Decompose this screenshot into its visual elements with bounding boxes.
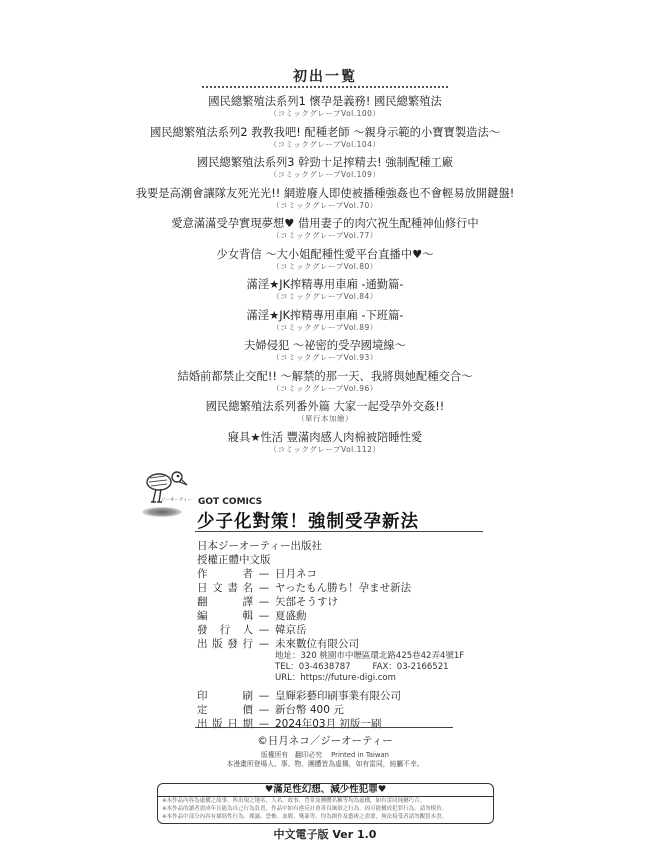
colophon-value: 皇輝彩藝印刷事業有限公司 bbox=[275, 689, 401, 703]
colophon-key: 編輯 bbox=[197, 609, 253, 623]
publisher-line: 日本ジーオーティー出版社 bbox=[197, 539, 464, 553]
dash: — bbox=[253, 567, 275, 581]
copyright: ©日月ネコ／ジーオーティー bbox=[0, 733, 650, 748]
colophon: 日本ジーオーティー出版社 授權正體中文版 作者—日月ネコ日文書名—ヤったもん勝ち… bbox=[197, 539, 464, 731]
colophon-row: 編輯—夏盛勳 bbox=[197, 609, 464, 623]
work-source: （コミックグレープVol.80） bbox=[0, 262, 650, 272]
colophon-value: 夏盛勳 bbox=[275, 609, 307, 623]
list-item: 愛意滿滿受孕實現夢想♥ 借用妻子的肉穴祝生配種神仙修行中（コミックグレープVol… bbox=[0, 216, 650, 247]
colophon-key: 定價 bbox=[197, 703, 253, 717]
license-line: 授權正體中文版 bbox=[197, 553, 464, 567]
version-label: 中文電子版 Ver 1.0 bbox=[0, 826, 650, 842]
first-appearances-title: 初出一覧 bbox=[0, 66, 650, 86]
dash: — bbox=[253, 609, 275, 623]
dash: — bbox=[253, 717, 275, 731]
work-title: 我要是高潮會讓隊友死光光!! 網遊廢人即使被播種強姦也不會輕易放開鍵盤! bbox=[0, 186, 650, 201]
work-source: （コミックグレープVol.93） bbox=[0, 353, 650, 363]
colophon-rule bbox=[195, 727, 453, 728]
colophon-key: 印刷 bbox=[197, 689, 253, 703]
work-source: （コミックグレープVol.109） bbox=[0, 170, 650, 180]
colophon-row: 出版發行—未來數位有限公司 bbox=[197, 637, 464, 651]
colophon-key: 日文書名 bbox=[197, 581, 253, 595]
dash: — bbox=[253, 703, 275, 717]
list-item: 國民總繁殖法系列2 教教我吧! 配種老師 ～親身示範的小寶寶製造法～（コミックグ… bbox=[0, 125, 650, 156]
colophon-row: 發行人—韓京岳 bbox=[197, 623, 464, 637]
work-title: 寢具★性活 豐滿肉感人肉棉被陪睡性愛 bbox=[0, 430, 650, 445]
colophon-row: 作者—日月ネコ bbox=[197, 567, 464, 581]
rights-line-2: 本漫畫所登場人、事、物、團體皆為虛構，如有雷同，純屬不幸。 bbox=[0, 760, 650, 769]
list-item: 寢具★性活 豐滿肉感人肉棉被陪睡性愛（コミックグレープVol.112） bbox=[0, 430, 650, 461]
colophon-row: 出版日期—2024年03月 初版一刷 bbox=[197, 717, 464, 731]
colophon-row: 日文書名—ヤったもん勝ち！孕ませ新法 bbox=[197, 581, 464, 595]
url: URL：https://future-digi.com bbox=[275, 673, 464, 684]
work-title: 少女背信 ～大小姐配種性愛平台直播中♥～ bbox=[0, 247, 650, 262]
address: 地址：320 桃園市中壢區環北路425巷42弄4號1F bbox=[275, 651, 464, 662]
colophon-value: 未來數位有限公司 bbox=[275, 637, 359, 651]
work-title: 國民總繁殖法系列2 教教我吧! 配種老師 ～親身示範的小寶寶製造法～ bbox=[0, 125, 650, 140]
dash: — bbox=[253, 595, 275, 609]
first-appearances-list: 國民總繁殖法系列1 懷孕是義務! 國民總繁殖法（コミックグレープVol.100）… bbox=[0, 94, 650, 460]
list-item: 少女背信 ～大小姐配種性愛平台直播中♥～（コミックグレープVol.80） bbox=[0, 247, 650, 278]
list-item: 夫婦侵犯 ～祕密的受孕國境線～（コミックグレープVol.93） bbox=[0, 338, 650, 369]
colophon-row: 翻譯—矢部そうすけ bbox=[197, 595, 464, 609]
list-item: 國民總繁殖法系列3 幹勁十足搾精去! 強制配種工廠（コミックグレープVol.10… bbox=[0, 155, 650, 186]
publisher-address-block: 地址：320 桃園市中壢區環北路425巷42弄4號1F TEL：03-46387… bbox=[197, 651, 464, 684]
colophon-row: 印刷—皇輝彩藝印刷事業有限公司 bbox=[197, 689, 464, 703]
notice-heading: ♥滿足性幻想、減少性犯罪♥ bbox=[158, 784, 493, 797]
list-item: 結婚前都禁止交配!! ～解禁的那一天、我將與她配種交合～（コミックグレープVol… bbox=[0, 369, 650, 400]
colophon-value: 日月ネコ bbox=[275, 567, 317, 581]
imprint-label: GOT COMICS bbox=[198, 497, 262, 507]
dash: — bbox=[253, 581, 275, 595]
dash: — bbox=[253, 637, 275, 651]
dash: — bbox=[253, 689, 275, 703]
work-title: 結婚前都禁止交配!! ～解禁的那一天、我將與她配種交合～ bbox=[0, 369, 650, 384]
dash: — bbox=[253, 623, 275, 637]
work-source: （單行本加繪） bbox=[0, 414, 650, 424]
colophon-row: 定價—新台幣 400 元 bbox=[197, 703, 464, 717]
work-title: 國民總繁殖法系列1 懷孕是義務! 國民總繁殖法 bbox=[0, 94, 650, 109]
logo-shadow bbox=[142, 507, 182, 517]
colophon-value: 新台幣 400 元 bbox=[275, 703, 344, 717]
notice-line: ※本作品中部分內容有描寫性行為、裸露、恐怖、血腥、殘暴等，均為創作及藝術之需要，… bbox=[158, 813, 493, 821]
rights-notice: 版權所有 翻印必究 Printed in Taiwan 本漫畫所登場人、事、物、… bbox=[0, 751, 650, 769]
title-rule bbox=[195, 531, 483, 532]
work-source: （コミックグレープVol.70） bbox=[0, 201, 650, 211]
colophon-value: 2024年03月 初版一刷 bbox=[275, 717, 381, 731]
work-title: 夫婦侵犯 ～祕密的受孕國境線～ bbox=[0, 338, 650, 353]
colophon-key: 出版日期 bbox=[197, 717, 253, 731]
work-source: （コミックグレープVol.89） bbox=[0, 323, 650, 333]
list-item: 國民總繁殖法系列番外篇 大家一起受孕外交姦!!（單行本加繪） bbox=[0, 399, 650, 430]
tel: TEL：03-4638787 bbox=[275, 662, 351, 672]
dotted-divider bbox=[202, 86, 448, 88]
work-title: 滿淫★JK搾精專用車廂 -通勤篇- bbox=[0, 277, 650, 292]
list-item: 國民總繁殖法系列1 懷孕是義務! 國民總繁殖法（コミックグレープVol.100） bbox=[0, 94, 650, 125]
notice-box: ♥滿足性幻想、減少性犯罪♥ ※本作品內容為虛構之故事，所出現之地名、人名、故事、… bbox=[157, 783, 494, 824]
work-title: 愛意滿滿受孕實現夢想♥ 借用妻子的肉穴祝生配種神仙修行中 bbox=[0, 216, 650, 231]
work-source: （コミックグレープVol.104） bbox=[0, 140, 650, 150]
work-source: （コミックグレープVol.84） bbox=[0, 292, 650, 302]
colophon-key: 作者 bbox=[197, 567, 253, 581]
work-source: （コミックグレープVol.96） bbox=[0, 384, 650, 394]
work-title: 國民總繁殖法系列3 幹勁十足搾精去! 強制配種工廠 bbox=[0, 155, 650, 170]
fax: FAX：03-2166521 bbox=[373, 662, 449, 672]
list-item: 我要是高潮會讓隊友死光光!! 網遊廢人即使被播種強姦也不會輕易放開鍵盤!（コミッ… bbox=[0, 186, 650, 217]
work-source: （コミックグレープVol.77） bbox=[0, 231, 650, 241]
colophon-key: 翻譯 bbox=[197, 595, 253, 609]
colophon-value: ヤったもん勝ち！孕ませ新法 bbox=[275, 581, 411, 595]
work-title: 滿淫★JK搾精專用車廂 -下班篇- bbox=[0, 308, 650, 323]
book-title: 少子化對策！強制受孕新法 bbox=[197, 508, 419, 533]
list-item: 滿淫★JK搾精專用車廂 -下班篇-（コミックグレープVol.89） bbox=[0, 308, 650, 339]
notice-line: ※本作品的讀者需成年且能為自己行為負責，作品中如有違反社會善良風俗之行為，因可能… bbox=[158, 805, 493, 813]
colophon-key: 發行人 bbox=[197, 623, 253, 637]
colophon-key: 出版發行 bbox=[197, 637, 253, 651]
colophon-value: 矢部そうすけ bbox=[275, 595, 338, 609]
work-title: 國民總繁殖法系列番外篇 大家一起受孕外交姦!! bbox=[0, 399, 650, 414]
work-source: （コミックグレープVol.112） bbox=[0, 445, 650, 455]
svg-text:ジーオーティー: ジーオーティー bbox=[161, 496, 192, 503]
work-source: （コミックグレープVol.100） bbox=[0, 109, 650, 119]
colophon-value: 韓京岳 bbox=[275, 623, 307, 637]
list-item: 滿淫★JK搾精專用車廂 -通勤篇-（コミックグレープVol.84） bbox=[0, 277, 650, 308]
notice-line: ※本作品內容為虛構之故事，所出現之地名、人名、故事、背景及團體名稱等均為虛構，如… bbox=[158, 797, 493, 805]
rights-line-1: 版權所有 翻印必究 Printed in Taiwan bbox=[0, 751, 650, 760]
